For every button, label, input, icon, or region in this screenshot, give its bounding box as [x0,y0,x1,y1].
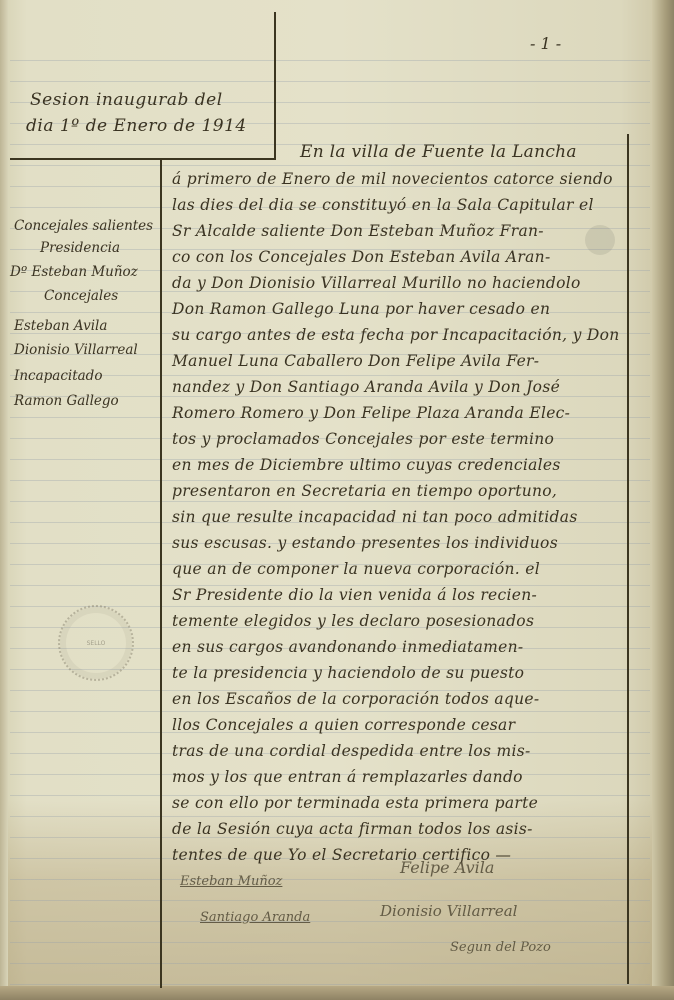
margin-note: Presidencia [40,240,120,256]
body-line: Sr Alcalde saliente Don Esteban Muñoz Fr… [172,222,544,240]
body-line: nandez y Don Santiago Aranda Avila y Don… [172,378,560,396]
body-line: tras de una cordial despedida entre los … [172,742,531,760]
body-line: Romero Romero y Don Felipe Plaza Aranda … [172,404,570,422]
signature-secretary: Segun del Pozo [450,940,551,955]
body-line: Manuel Luna Caballero Don Felipe Avila F… [172,352,539,370]
margin-note: Esteban Avila [14,318,107,334]
body-line: en mes de Diciembre ultimo cuyas credenc… [172,456,561,474]
page-edge-right [652,0,674,1000]
body-line: da y Don Dionisio Villarreal Murillo no … [172,274,581,292]
signature-santiago-aranda: Santiago Aranda [200,910,310,925]
body-line: en los Escaños de la corporación todos a… [172,690,539,708]
body-line: Sr Presidente dio la vien venida á los r… [172,586,537,604]
body-line: de la Sesión cuya acta firman todos los … [172,820,533,838]
margin-note: Ramon Gallego [14,393,119,409]
body-line: tos y proclamados Concejales por este te… [172,430,554,448]
signature-esteban-munoz: Esteban Muñoz [180,874,282,889]
page-edge-left [0,0,8,1000]
body-line: te la presidencia y haciendolo de su pue… [172,664,524,682]
margin-note: Concejales [44,288,118,304]
margin-note: Dº Esteban Muñoz [10,264,138,280]
body-line: llos Concejales a quien corresponde cesa… [172,716,515,734]
body-line: co con los Concejales Don Esteban Avila … [172,248,551,266]
body-line: que an de componer la nueva corporación.… [172,560,540,578]
signature-dionisio-villarreal: Dionisio Villarreal [380,902,517,920]
body-line: sin que resulte incapacidad ni tan poco … [172,508,578,526]
body-line: presentaron en Secretaria en tiempo opor… [172,482,557,500]
body-line: temente elegidos y les declaro posesiona… [172,612,534,630]
body-line: En la villa de Fuente la Lancha [300,142,577,162]
ink-stain [585,225,615,255]
session-title-line-1: Sesion inaugurab del [30,90,223,110]
body-line: mos y los que entran á remplazarles dand… [172,768,523,786]
document-page: Sesion inaugurab del dia 1º de Enero de … [0,0,674,1000]
signature-felipe-avila: Felipe Avila [400,858,494,877]
page-number: - 1 - [530,34,561,53]
body-line: sus escusas. y estando presentes los ind… [172,534,558,552]
archive-stamp: SELLO [58,605,134,681]
margin-note: Concejales salientes [14,218,153,234]
session-title-line-2: dia 1º de Enero de 1914 [26,116,247,136]
right-border-line [627,134,629,984]
margin-divider-line [160,158,162,988]
body-line: Don Ramon Gallego Luna por haver cesado … [172,300,550,318]
body-line: á primero de Enero de mil novecientos ca… [172,170,613,188]
page-edge-bottom [0,986,674,1000]
body-line: en sus cargos avandonando inmediatamen- [172,638,523,656]
stamp-text: SELLO [87,640,106,647]
body-line: se con ello por terminada esta primera p… [172,794,538,812]
body-line: las dies del dia se constituyó en la Sal… [172,196,594,214]
margin-note: Dionisio Villarreal [14,342,138,358]
margin-note: Incapacitado [14,368,102,384]
body-line: su cargo antes de esta fecha por Incapac… [172,326,620,344]
header-box [10,12,276,160]
